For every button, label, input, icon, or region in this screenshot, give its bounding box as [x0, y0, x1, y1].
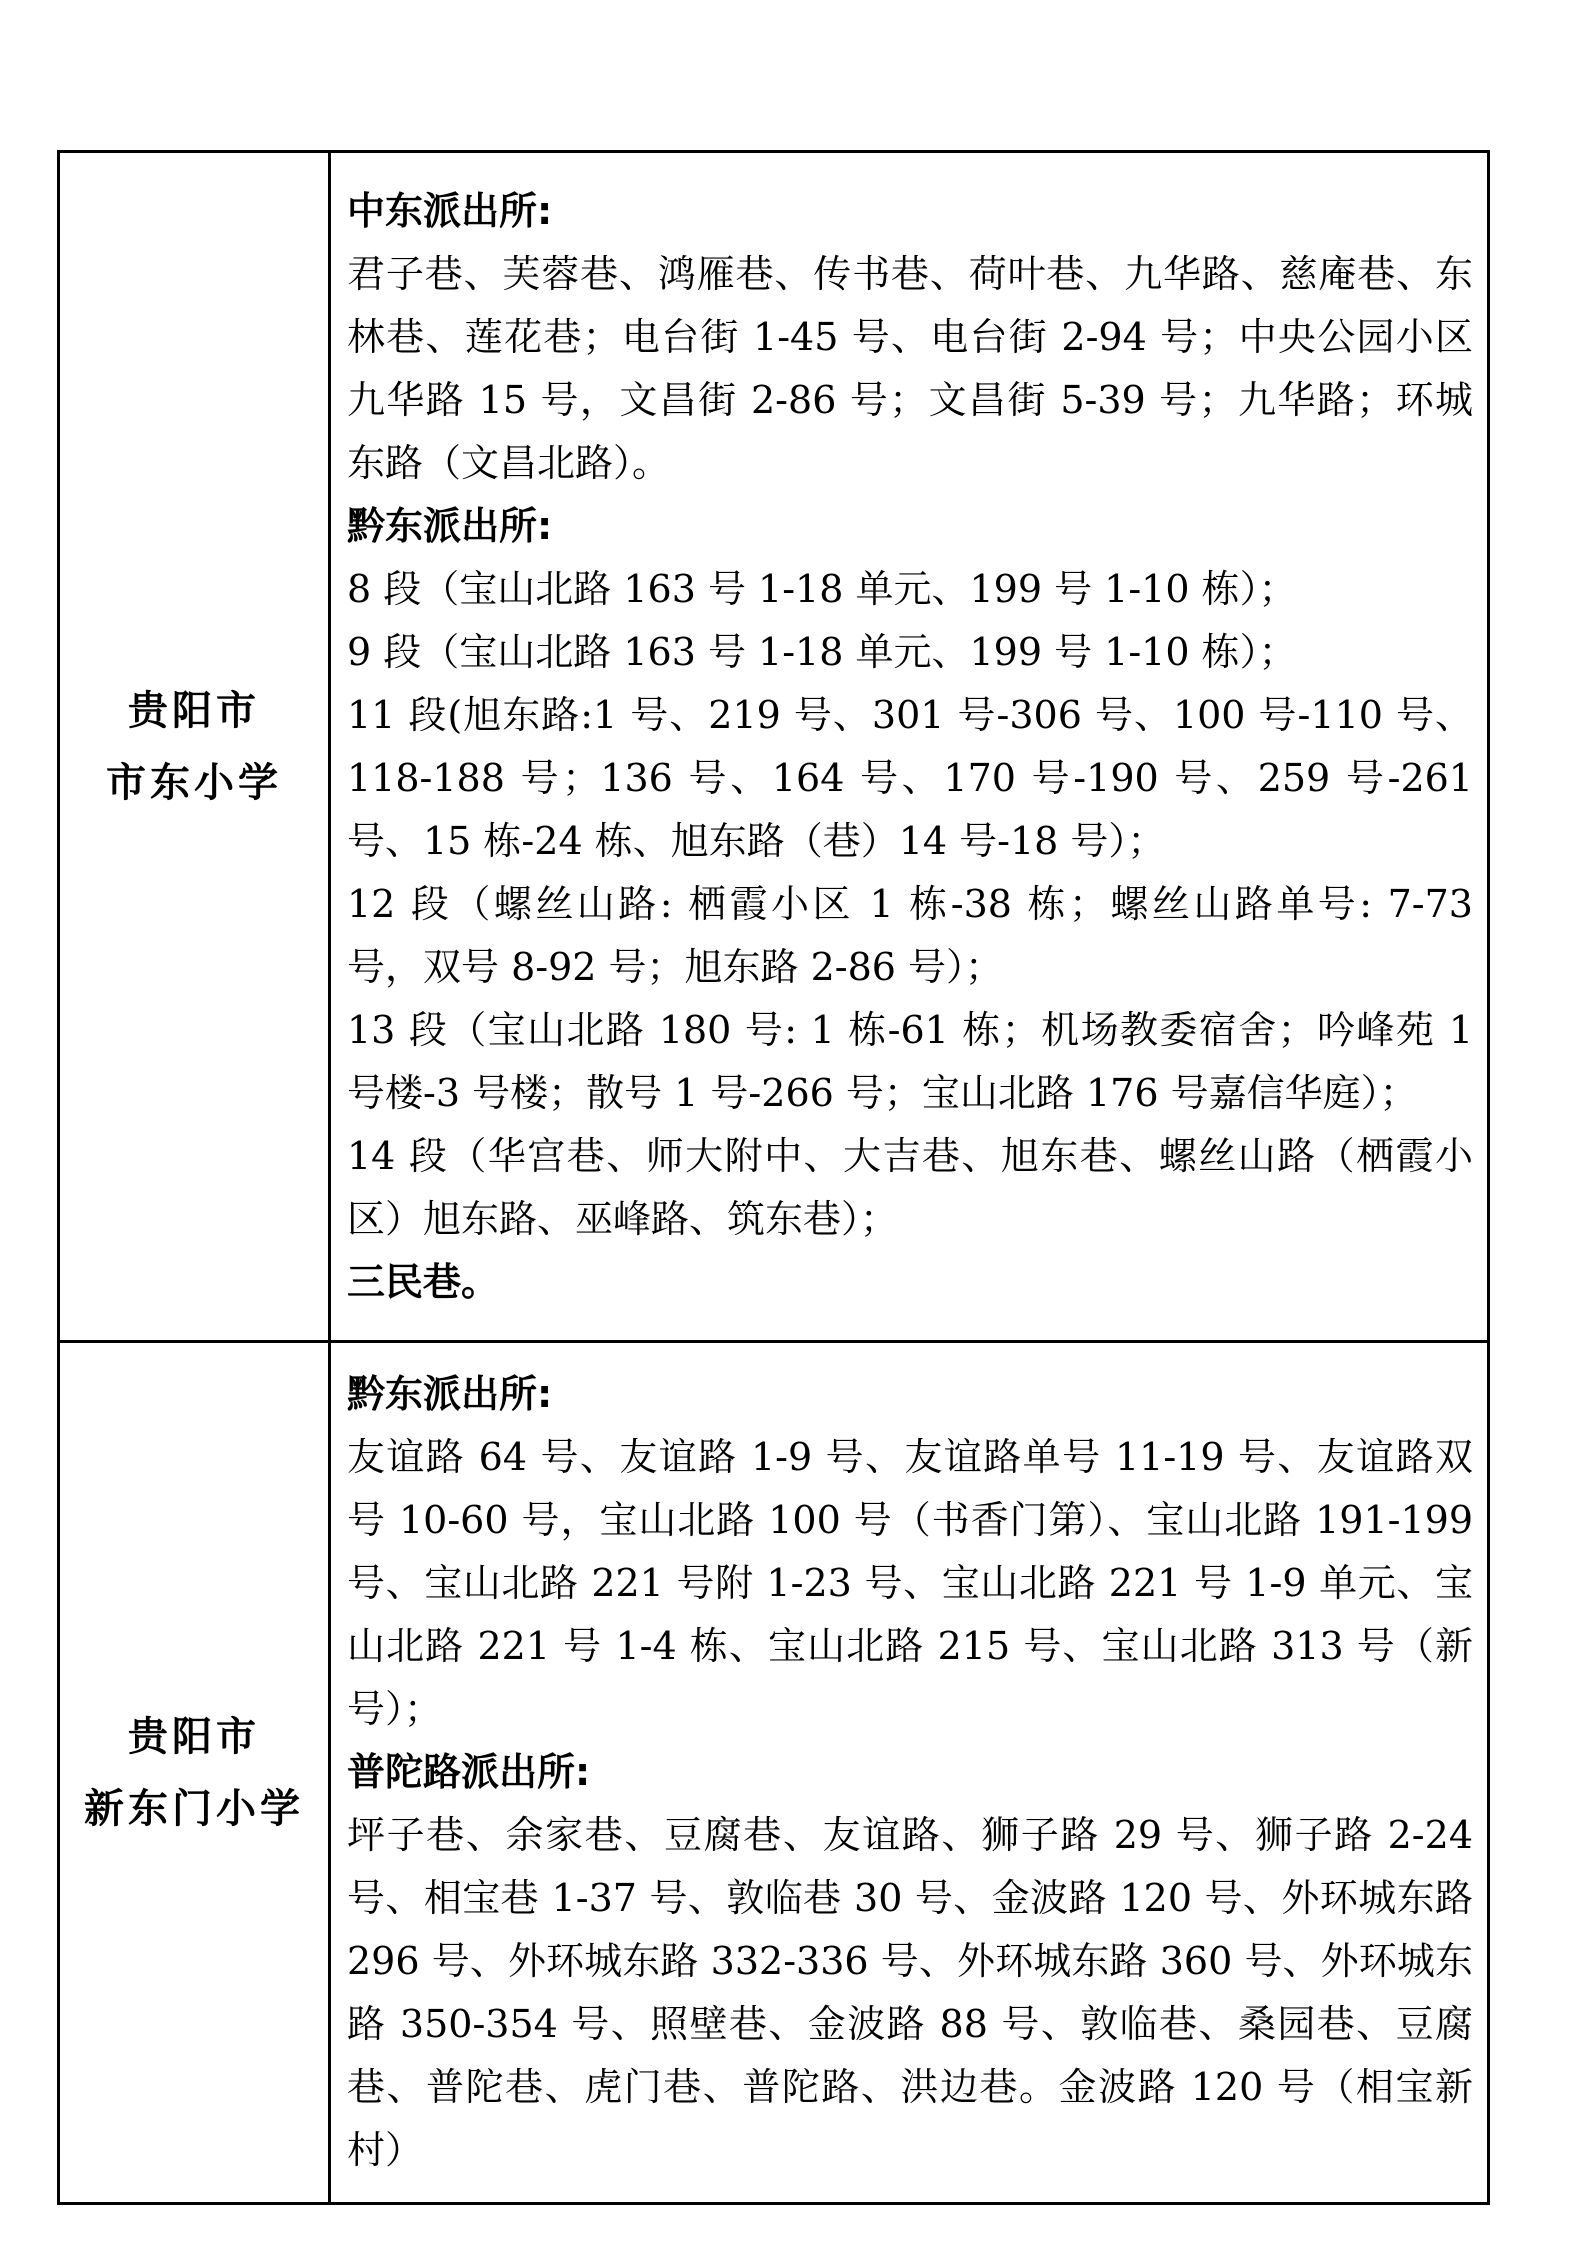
- address-list: 8 段（宝山北路 163 号 1-18 单元、199 号 1-10 栋）；: [347, 558, 1473, 621]
- district-detail-cell: 黔东派出所: 友谊路 64 号、友谊路 1-9 号、友谊路单号 11-19 号、…: [330, 1342, 1489, 2204]
- police-station-header: 黔东派出所:: [347, 1363, 1473, 1426]
- address-list: 14 段（华宫巷、师大附中、大吉巷、旭东巷、螺丝山路（栖霞小区）旭东路、巫峰路、…: [347, 1125, 1473, 1251]
- school-name-cell: 贵阳市 市东小学: [59, 152, 330, 1342]
- police-station-header: 中东派出所:: [347, 180, 1473, 243]
- district-detail-cell: 中东派出所: 君子巷、芙蓉巷、鸿雁巷、传书巷、荷叶巷、九华路、慈庵巷、东林巷、莲…: [330, 152, 1489, 1342]
- address-list: 11 段(旭东路:1 号、219 号、301 号-306 号、100 号-110…: [347, 684, 1473, 873]
- address-list: 君子巷、芙蓉巷、鸿雁巷、传书巷、荷叶巷、九华路、慈庵巷、东林巷、莲花巷；电台街 …: [347, 243, 1473, 495]
- school-name-line: 市东小学: [61, 747, 327, 819]
- document-page: 贵阳市 市东小学 中东派出所: 君子巷、芙蓉巷、鸿雁巷、传书巷、荷叶巷、九华路、…: [0, 0, 1587, 2245]
- address-list: 13 段（宝山北路 180 号: 1 栋-61 栋；机场教委宿舍；吟峰苑 1 号…: [347, 999, 1473, 1125]
- address-list: 12 段（螺丝山路: 栖霞小区 1 栋-38 栋；螺丝山路单号: 7-73 号，…: [347, 873, 1473, 999]
- address-list: 友谊路 64 号、友谊路 1-9 号、友谊路单号 11-19 号、友谊路双号 1…: [347, 1426, 1473, 1741]
- police-station-header: 普陀路派出所:: [347, 1741, 1473, 1804]
- school-name-line: 贵阳市: [61, 1701, 327, 1773]
- address-list: 坪子巷、余家巷、豆腐巷、友谊路、狮子路 29 号、狮子路 2-24 号、相宝巷 …: [347, 1804, 1473, 2182]
- table-row: 贵阳市 新东门小学 黔东派出所: 友谊路 64 号、友谊路 1-9 号、友谊路单…: [59, 1342, 1489, 2204]
- address-list: 9 段（宝山北路 163 号 1-18 单元、199 号 1-10 栋）；: [347, 621, 1473, 684]
- school-name-cell: 贵阳市 新东门小学: [59, 1342, 330, 2204]
- police-station-header: 黔东派出所:: [347, 495, 1473, 558]
- school-name-line: 贵阳市: [61, 675, 327, 747]
- street-entry: 三民巷。: [347, 1251, 1473, 1314]
- school-name-line: 新东门小学: [61, 1773, 327, 1845]
- table-row: 贵阳市 市东小学 中东派出所: 君子巷、芙蓉巷、鸿雁巷、传书巷、荷叶巷、九华路、…: [59, 152, 1489, 1342]
- school-district-table: 贵阳市 市东小学 中东派出所: 君子巷、芙蓉巷、鸿雁巷、传书巷、荷叶巷、九华路、…: [57, 150, 1490, 2205]
